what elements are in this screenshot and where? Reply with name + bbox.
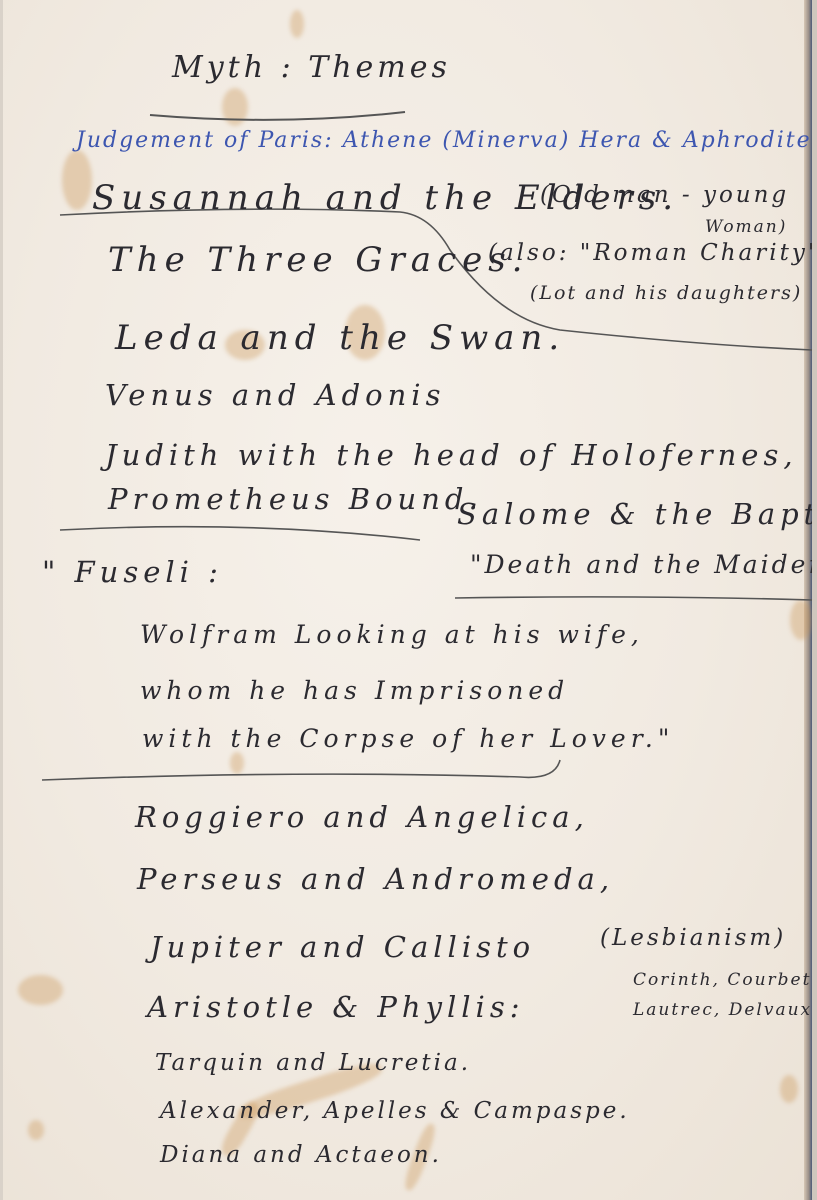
theme-item: Tarquin and Lucretia. <box>155 1050 471 1076</box>
stain <box>62 150 92 210</box>
side-note: (Old man - young <box>540 182 789 208</box>
manuscript-page: Myth : Themes Judgement of Paris: Athene… <box>0 0 812 1200</box>
theme-item: Prometheus Bound. <box>108 482 483 516</box>
quote-line: with the Corpse of her Lover." <box>142 724 674 753</box>
stain <box>790 600 812 640</box>
theme-item: Roggiero and Angelica, <box>135 800 589 834</box>
side-note: (also: "Roman Charity"). <box>488 240 812 266</box>
lesbianism-note: (Lesbianism) <box>600 925 786 951</box>
stain <box>28 1120 44 1140</box>
theme-item: Aristotle & Phyllis: <box>147 990 524 1024</box>
quote-line: whom he has Imprisoned <box>140 676 569 705</box>
quote-line: Wolfram Looking at his wife, <box>140 620 644 649</box>
theme-item: Salome & the Baptist. <box>457 497 812 531</box>
theme-item: Perseus and Andromeda, <box>137 862 614 896</box>
stain <box>18 975 63 1005</box>
stain <box>222 88 248 126</box>
artists-note: Lautrec, Delvaux, <box>633 1000 812 1020</box>
stain <box>290 10 304 38</box>
stain <box>780 1075 798 1103</box>
side-note: Woman) <box>705 217 787 237</box>
theme-item: Venus and Adonis <box>105 378 445 412</box>
theme-item: The Three Graces. <box>108 240 528 280</box>
theme-item: Diana and Actaeon. <box>160 1142 442 1168</box>
theme-item: Leda and the Swan. <box>115 318 565 358</box>
paper-right-edge <box>804 0 812 1200</box>
theme-item: Alexander, Apelles & Campaspe. <box>160 1098 630 1124</box>
stain <box>230 752 244 774</box>
paper-left-edge <box>0 0 3 1200</box>
page-title: Myth : Themes <box>172 50 451 85</box>
theme-item: Jupiter and Callisto <box>150 930 535 964</box>
theme-item: Judith with the head of Holofernes, <box>105 438 798 472</box>
judgement-of-paris-line: Judgement of Paris: Athene (Minerva) Her… <box>76 128 812 153</box>
death-and-maiden: "Death and the Maiden" <box>470 550 812 579</box>
side-note: (Lot and his daughters) <box>530 282 802 304</box>
fuseli-label: " Fuseli : <box>42 555 223 589</box>
artists-note: Corinth, Courbet <box>633 970 811 990</box>
